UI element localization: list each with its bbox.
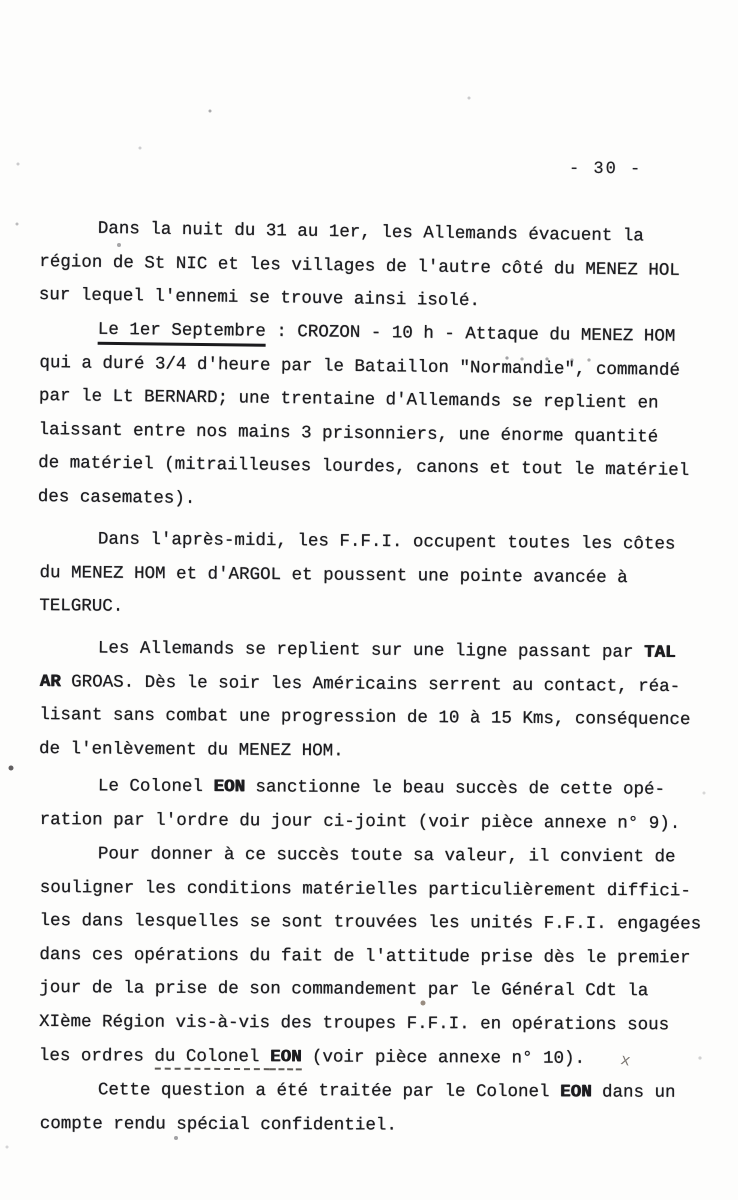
text-segment: lisant sans combat une progression de 10… bbox=[39, 705, 690, 730]
text-segment: Le Colonel bbox=[98, 776, 214, 797]
paragraph: Le 1er Septembre : CROZON - 10 h - Attaq… bbox=[38, 313, 712, 523]
handwritten-x-mark: x bbox=[617, 1043, 635, 1078]
page-number: - 30 - bbox=[569, 160, 642, 180]
text-segment: EON bbox=[270, 1046, 302, 1069]
text-segment: ration par l'ordre du jour ci-joint (voi… bbox=[40, 809, 681, 833]
text-line: AR GROAS. Dès le soir les Américains ser… bbox=[39, 666, 711, 705]
text-segment: Cette question a été traitée par le Colo… bbox=[98, 1080, 560, 1102]
text-line: Le Colonel EON sanctionne le beau succès… bbox=[40, 770, 712, 808]
text-line: du MENEZ HOM et d'ARGOL et poussent une … bbox=[39, 557, 711, 596]
text-line: jour de la prise de son commandement par… bbox=[39, 972, 711, 1009]
text-segment: TELGRUC. bbox=[39, 597, 123, 618]
text-line: dans ces opérations du fait de l'attitud… bbox=[39, 938, 711, 975]
text-segment: laissant entre nos mains 3 prisonniers, … bbox=[38, 420, 658, 448]
text-segment: : CROZON - 10 h - Attaque du MENEZ HOM bbox=[266, 322, 676, 347]
text-line: les dans lesquelles se sont trouvées les… bbox=[39, 905, 711, 942]
text-segment: les ordres bbox=[39, 1045, 155, 1066]
text-segment: Dans la nuit du 31 au 1er, les Allemands… bbox=[98, 219, 644, 247]
paragraph: Le Colonel EON sanctionne le beau succès… bbox=[40, 770, 712, 841]
text-segment: XIème Région vis-à-vis des troupes F.F.I… bbox=[39, 1012, 669, 1035]
text-segment: TAL bbox=[644, 643, 676, 663]
text-segment: Pour donner à ce succès toute sa valeur,… bbox=[98, 844, 676, 867]
paragraph: Cette question a été traitée par le Colo… bbox=[40, 1074, 712, 1144]
text-segment: GROAS. Dès le soir les Américains serren… bbox=[61, 672, 681, 697]
paragraph: Pour donner à ce succès toute sa valeur,… bbox=[39, 838, 712, 1077]
text-line: les ordres du Colonel EON (voir pièce an… bbox=[39, 1039, 711, 1076]
text-segment: de l'enlèvement du MENEZ HOM. bbox=[39, 739, 344, 761]
text-segment: les dans lesquelles se sont trouvées les… bbox=[40, 911, 702, 934]
text-line: Cette question a été traitée par le Colo… bbox=[40, 1074, 712, 1111]
text-line: TELGRUC. bbox=[39, 591, 711, 630]
text-segment: Les Allemands se replient sur une ligne … bbox=[98, 639, 644, 663]
text-segment: du Colonel bbox=[154, 1046, 270, 1070]
text-segment: de matériel (mitrailleuses lourdes, cano… bbox=[38, 453, 689, 481]
text-segment: Le 1er Septembre bbox=[98, 319, 266, 346]
paragraph: Dans la nuit du 31 au 1er, les Allemands… bbox=[39, 212, 712, 322]
text-line: XIème Région vis-à-vis des troupes F.F.I… bbox=[39, 1006, 711, 1043]
text-segment: sanctionne le beau succès de cette opé- bbox=[245, 777, 665, 800]
text-segment: dans ces opérations du fait de l'attitud… bbox=[39, 944, 690, 967]
text-segment: sur lequel l'ennemi se trouve ainsi isol… bbox=[39, 285, 480, 311]
text-segment: compte rendu spécial confidentiel. bbox=[40, 1113, 397, 1135]
text-segment: dans un bbox=[591, 1082, 675, 1102]
text-segment: souligner les conditions matérielles par… bbox=[40, 877, 691, 900]
text-line: de l'enlèvement du MENEZ HOM. bbox=[39, 733, 711, 772]
paragraph: Dans l'après-midi, les F.F.I. occupent t… bbox=[39, 523, 712, 630]
text-line: lisant sans combat une progression de 10… bbox=[39, 699, 711, 738]
text-segment: jour de la prise de son commandement par… bbox=[39, 978, 648, 1001]
text-segment: Dans l'après-midi, les F.F.I. occupent t… bbox=[98, 530, 676, 555]
text-line: souligner les conditions matérielles par… bbox=[40, 871, 712, 908]
text-segment: région de St NIC et les villages de l'au… bbox=[39, 252, 680, 281]
text-segment: EON bbox=[560, 1082, 592, 1102]
text-line: compte rendu spécial confidentiel. bbox=[40, 1107, 712, 1144]
text-segment: qui a duré 3/4 d'heure par le Bataillon … bbox=[39, 352, 680, 380]
text-line: ration par l'ordre du jour ci-joint (voi… bbox=[40, 803, 712, 841]
text-segment: (voir pièce annexe n° 10). bbox=[301, 1047, 585, 1068]
document-body: Dans la nuit du 31 au 1er, les Allemands… bbox=[40, 212, 712, 1141]
text-line: Les Allemands se replient sur une ligne … bbox=[40, 632, 712, 671]
paragraph: Les Allemands se replient sur une ligne … bbox=[39, 632, 712, 772]
text-segment: AR bbox=[40, 672, 61, 692]
text-segment: des casemates). bbox=[38, 487, 196, 509]
text-segment: du MENEZ HOM et d'ARGOL et poussent une … bbox=[39, 563, 627, 588]
text-segment: par le Lt BERNARD; une trentaine d'Allem… bbox=[39, 386, 659, 414]
scanned-document-page: - 30 - Dans la nuit du 31 au 1er, les Al… bbox=[0, 0, 738, 1200]
text-line: Pour donner à ce succès toute sa valeur,… bbox=[40, 838, 712, 875]
text-segment: EON bbox=[213, 777, 245, 797]
scan-noise-speckles bbox=[0, 0, 2, 2]
